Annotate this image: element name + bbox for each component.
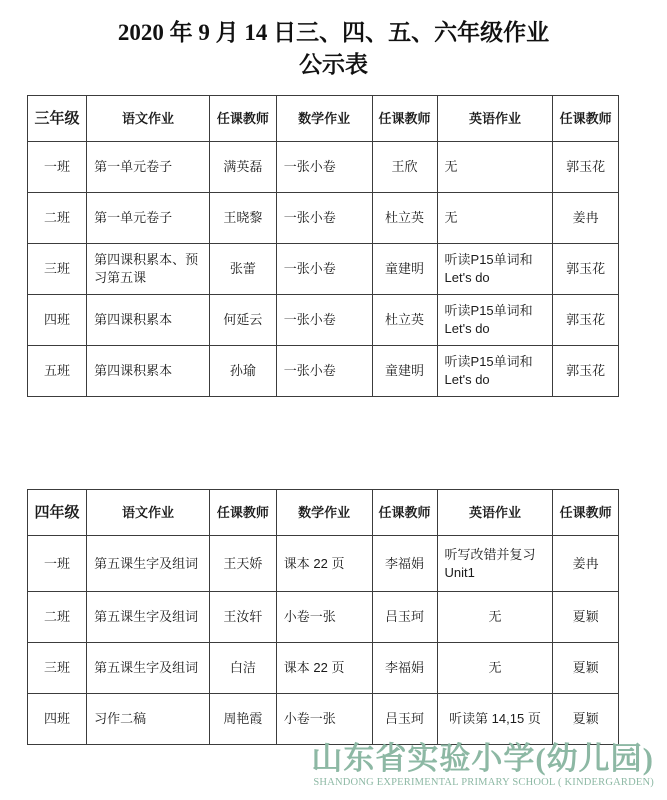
english-teacher-cell: 郭玉花 [553, 244, 619, 295]
table-row: 四班 第四课积累本 何延云 一张小卷 杜立英 听读P15单词和Let's do … [28, 295, 619, 346]
english-homework-cell: 无 [437, 193, 553, 244]
english-teacher-cell: 郭玉花 [553, 142, 619, 193]
english-homework-cell: 无 [437, 592, 553, 643]
math-homework-cell: 一张小卷 [276, 244, 372, 295]
class-cell: 二班 [28, 193, 87, 244]
math-homework-cell: 一张小卷 [276, 295, 372, 346]
chinese-teacher-cell: 王晓黎 [210, 193, 277, 244]
class-cell: 四班 [28, 694, 87, 745]
english-homework-cell: 听读第 14,15 页 [437, 694, 553, 745]
english-teacher-cell: 姜冉 [553, 193, 619, 244]
math-homework-cell: 一张小卷 [276, 142, 372, 193]
english-homework-cell: 听读P15单词和Let's do [437, 346, 553, 397]
class-cell: 三班 [28, 244, 87, 295]
page-title: 2020 年 9 月 14 日三、四、五、六年级作业 公示表 [0, 17, 667, 81]
header-chinese-homework: 语文作业 [87, 490, 210, 536]
math-teacher-cell: 吕玉珂 [372, 592, 437, 643]
header-english-teacher: 任课教师 [553, 96, 619, 142]
class-cell: 一班 [28, 536, 87, 592]
math-teacher-cell: 李福娟 [372, 643, 437, 694]
header-english-homework: 英语作业 [437, 490, 553, 536]
chinese-teacher-cell: 白洁 [210, 643, 277, 694]
math-homework-cell: 一张小卷 [276, 193, 372, 244]
class-cell: 四班 [28, 295, 87, 346]
math-teacher-cell: 杜立英 [372, 193, 437, 244]
school-name-english: SHANDONG EXPERIMENTAL PRIMARY SCHOOL ( K… [311, 776, 654, 790]
header-english-homework: 英语作业 [437, 96, 553, 142]
english-teacher-cell: 夏颖 [553, 643, 619, 694]
header-math-teacher: 任课教师 [372, 96, 437, 142]
chinese-homework-cell: 第一单元卷子 [87, 193, 210, 244]
math-homework-cell: 课本 22 页 [276, 536, 372, 592]
math-teacher-cell: 吕玉珂 [372, 694, 437, 745]
header-math-homework: 数学作业 [276, 490, 372, 536]
english-homework-cell: 听写改错并复习Unit1 [437, 536, 553, 592]
school-logo: 山东省实验小学(幼儿园) SHANDONG EXPERIMENTAL PRIMA… [311, 742, 654, 790]
chinese-homework-cell: 第五课生字及组词 [87, 592, 210, 643]
english-homework-cell: 听读P15单词和Let's do [437, 244, 553, 295]
table-row: 三班 第四课积累本、预习第五课 张蕾 一张小卷 童建明 听读P15单词和Let'… [28, 244, 619, 295]
chinese-homework-cell: 第一单元卷子 [87, 142, 210, 193]
header-math-homework: 数学作业 [276, 96, 372, 142]
english-teacher-cell: 郭玉花 [553, 346, 619, 397]
table-row: 二班 第一单元卷子 王晓黎 一张小卷 杜立英 无 姜冉 [28, 193, 619, 244]
math-teacher-cell: 王欣 [372, 142, 437, 193]
grade4-header-row: 四年级 语文作业 任课教师 数学作业 任课教师 英语作业 任课教师 [28, 490, 619, 536]
chinese-teacher-cell: 周艳霞 [210, 694, 277, 745]
english-teacher-cell: 姜冉 [553, 536, 619, 592]
english-teacher-cell: 郭玉花 [553, 295, 619, 346]
chinese-teacher-cell: 孙瑜 [210, 346, 277, 397]
grade4-homework-table: 四年级 语文作业 任课教师 数学作业 任课教师 英语作业 任课教师 一班 第五课… [27, 489, 619, 745]
class-cell: 五班 [28, 346, 87, 397]
chinese-teacher-cell: 王天娇 [210, 536, 277, 592]
chinese-homework-cell: 第四课积累本 [87, 295, 210, 346]
class-cell: 一班 [28, 142, 87, 193]
header-english-teacher: 任课教师 [553, 490, 619, 536]
chinese-teacher-cell: 张蕾 [210, 244, 277, 295]
header-math-teacher: 任课教师 [372, 490, 437, 536]
english-homework-cell: 无 [437, 643, 553, 694]
english-homework-cell: 听读P15单词和Let's do [437, 295, 553, 346]
english-teacher-cell: 夏颖 [553, 694, 619, 745]
math-teacher-cell: 童建明 [372, 346, 437, 397]
english-homework-cell: 无 [437, 142, 553, 193]
math-teacher-cell: 李福娟 [372, 536, 437, 592]
english-teacher-cell: 夏颖 [553, 592, 619, 643]
math-homework-cell: 小卷一张 [276, 592, 372, 643]
grade3-homework-table: 三年级 语文作业 任课教师 数学作业 任课教师 英语作业 任课教师 一班 第一单… [27, 95, 619, 397]
table-row: 二班 第五课生字及组词 王汝轩 小卷一张 吕玉珂 无 夏颖 [28, 592, 619, 643]
table-row: 一班 第一单元卷子 满英磊 一张小卷 王欣 无 郭玉花 [28, 142, 619, 193]
grade4-label-cell: 四年级 [28, 490, 87, 536]
class-cell: 二班 [28, 592, 87, 643]
header-chinese-teacher: 任课教师 [210, 490, 277, 536]
math-teacher-cell: 童建明 [372, 244, 437, 295]
table-row: 一班 第五课生字及组词 王天娇 课本 22 页 李福娟 听写改错并复习Unit1… [28, 536, 619, 592]
grade3-header-row: 三年级 语文作业 任课教师 数学作业 任课教师 英语作业 任课教师 [28, 96, 619, 142]
class-cell: 三班 [28, 643, 87, 694]
school-name-chinese: 山东省实验小学(幼儿园) [311, 742, 654, 776]
table-row: 五班 第四课积累本 孙瑜 一张小卷 童建明 听读P15单词和Let's do 郭… [28, 346, 619, 397]
chinese-homework-cell: 第五课生字及组词 [87, 536, 210, 592]
chinese-homework-cell: 第四课积累本、预习第五课 [87, 244, 210, 295]
header-chinese-homework: 语文作业 [87, 96, 210, 142]
chinese-teacher-cell: 何延云 [210, 295, 277, 346]
table-row: 四班 习作二稿 周艳霞 小卷一张 吕玉珂 听读第 14,15 页 夏颖 [28, 694, 619, 745]
math-homework-cell: 课本 22 页 [276, 643, 372, 694]
chinese-teacher-cell: 王汝轩 [210, 592, 277, 643]
page-title-line2: 公示表 [0, 49, 667, 81]
page-title-line1: 2020 年 9 月 14 日三、四、五、六年级作业 [0, 17, 667, 49]
chinese-teacher-cell: 满英磊 [210, 142, 277, 193]
math-teacher-cell: 杜立英 [372, 295, 437, 346]
math-homework-cell: 一张小卷 [276, 346, 372, 397]
math-homework-cell: 小卷一张 [276, 694, 372, 745]
chinese-homework-cell: 习作二稿 [87, 694, 210, 745]
header-chinese-teacher: 任课教师 [210, 96, 277, 142]
chinese-homework-cell: 第五课生字及组词 [87, 643, 210, 694]
grade3-label-cell: 三年级 [28, 96, 87, 142]
chinese-homework-cell: 第四课积累本 [87, 346, 210, 397]
table-row: 三班 第五课生字及组词 白洁 课本 22 页 李福娟 无 夏颖 [28, 643, 619, 694]
